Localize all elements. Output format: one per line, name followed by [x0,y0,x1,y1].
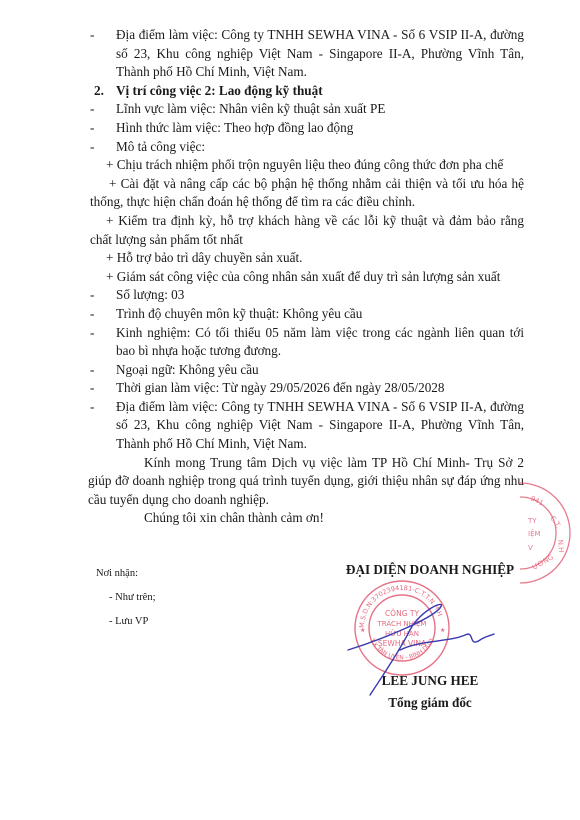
section2-title: Vị trí công việc 2: Lao động kỹ thuật [116,83,323,98]
dash-bullet: - [90,379,94,398]
signature-block: ĐẠI DIỆN DOANH NGHIỆP LEE JUNG HEE Tổng … [318,560,542,578]
dash-bullet: - [90,305,94,324]
duty-item: + Hỗ trợ bảo trì dây chuyền sản xuất. [90,249,524,268]
dash-bullet: - [90,138,94,157]
thanks-line: Chúng tôi xin chân thành cảm ơn! [88,509,524,528]
period-text: Thời gian làm việc: Từ ngày 29/05/2026 đ… [116,380,445,395]
document-page: - Địa điểm làm việc: Công ty TNHH SEWHA … [0,0,580,820]
dash-bullet: - [90,119,94,138]
description-item: - Mô tả công việc: [116,138,524,157]
dash-bullet: - [90,398,94,417]
closing-paragraph: Kính mong Trung tâm Dịch vụ việc làm TP … [88,454,524,510]
field-text: Lĩnh vực làm việc: Nhân viên kỹ thuật sả… [116,101,385,116]
handwritten-signature-icon [340,580,500,705]
description-label: Mô tả công việc: [116,139,205,154]
language-text: Ngoại ngữ: Không yêu cầu [116,362,259,377]
dash-bullet: - [90,100,94,119]
dash-bullet: - [90,361,94,380]
work-form-text: Hình thức làm việc: Theo hợp đồng lao độ… [116,120,353,135]
svg-text:N.H: N.H [556,539,565,552]
language-item: - Ngoại ngữ: Không yêu cầu [116,361,524,380]
section2-number: 2. [94,82,116,101]
recipient-item: - Lưu VP [96,610,156,634]
experience-item: - Kinh nghiệm: Có tối thiểu 05 năm làm v… [116,324,524,361]
section2-location-item: - Địa điểm làm việc: Công ty TNHH SEWHA … [116,398,524,454]
qualification-text: Trình độ chuyên môn kỹ thuật: Không yêu … [116,306,362,321]
duty-item: + Giám sát công việc của công nhân sản x… [90,268,524,287]
experience-text: Kinh nghiệm: Có tối thiểu 05 năm làm việ… [116,325,524,359]
recipient-item: - Như trên; [96,586,156,610]
duty-item: + Cài đặt và nâng cấp các bộ phận hệ thố… [90,175,524,212]
svg-text:IỆM: IỆM [528,529,541,538]
field-item: - Lĩnh vực làm việc: Nhân viên kỹ thuật … [116,100,524,119]
section2-heading: 2.Vị trí công việc 2: Lao động kỹ thuật [94,82,524,101]
document-body: - Địa điểm làm việc: Công ty TNHH SEWHA … [116,26,524,528]
period-item: - Thời gian làm việc: Từ ngày 29/05/2026… [116,379,524,398]
quantity-text: Số lượng: 03 [116,287,184,302]
svg-text:C.T.: C.T. [548,515,562,530]
dash-bullet: - [90,286,94,305]
quantity-item: - Số lượng: 03 [116,286,524,305]
svg-text:TY: TY [527,517,537,525]
section1-location: Địa điểm làm việc: Công ty TNHH SEWHA VI… [116,27,524,79]
dash-bullet: - [90,324,94,343]
representative-label: ĐẠI DIỆN DOANH NGHIỆP [318,562,542,578]
section1-location-item: - Địa điểm làm việc: Công ty TNHH SEWHA … [116,26,524,82]
duty-item: + Chịu trách nhiệm phối trộn nguyên liệu… [90,156,524,175]
recipients-label: Nơi nhận: [96,562,156,586]
duty-item: + Kiểm tra định kỳ, hỗ trợ khách hàng về… [90,212,524,249]
work-form-item: - Hình thức làm việc: Theo hợp đồng lao … [116,119,524,138]
svg-text:V: V [528,544,533,552]
dash-bullet: - [90,26,94,45]
qualification-item: - Trình độ chuyên môn kỹ thuật: Không yê… [116,305,524,324]
recipients-block: Nơi nhận: - Như trên; - Lưu VP [96,562,156,634]
section2-location-text: Địa điểm làm việc: Công ty TNHH SEWHA VI… [116,399,524,451]
